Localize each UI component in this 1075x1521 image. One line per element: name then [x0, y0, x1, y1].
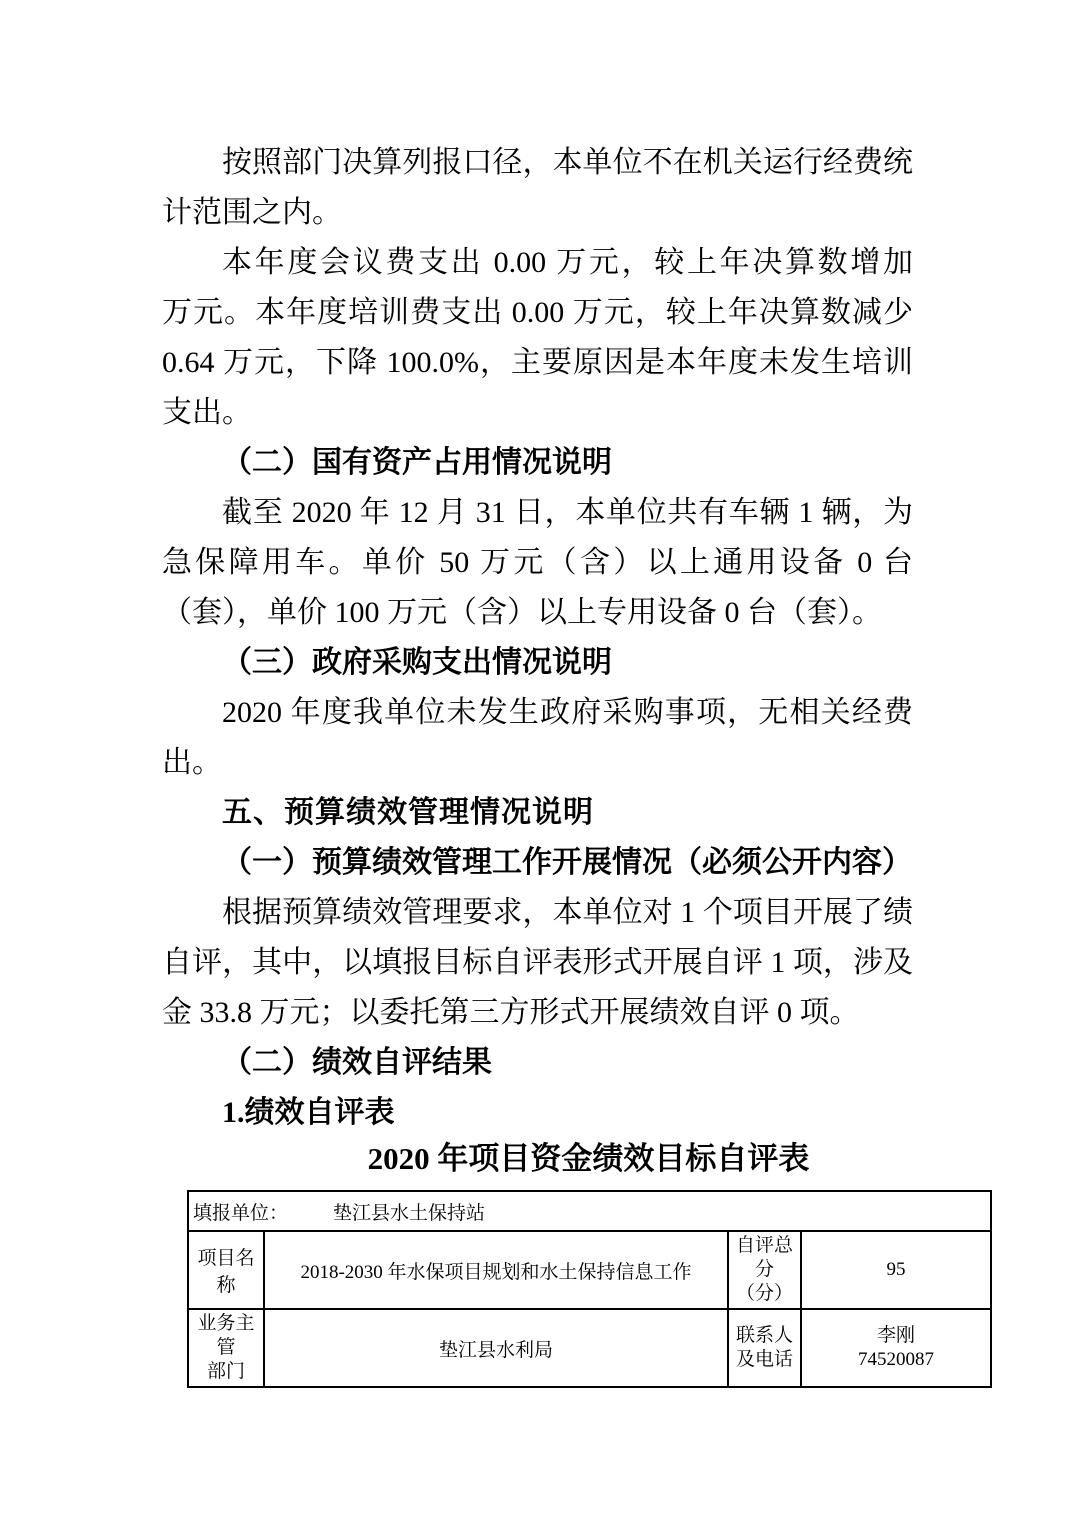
heading-line-hei: 五、预算绩效管理情况说明	[162, 788, 913, 838]
filing-unit-label: 填报单位：	[193, 1203, 288, 1224]
heading-line-kai: （三）政府采购支出情况说明	[162, 638, 913, 688]
heading-line-kai: 1.绩效自评表	[162, 1088, 913, 1138]
table-row-department: 业务主管 部门 垫江县水利局 联系人 及电话 李刚 74520087	[188, 1309, 991, 1387]
project-name-label-cell: 项目名称	[188, 1231, 264, 1309]
text-line: 2020 年度我单位未发生政府采购事项，无相关经费支	[162, 688, 913, 738]
contact-name: 李刚	[806, 1324, 986, 1348]
text-line: 截至 2020 年 12 月 31 日，本单位共有车辆 1 辆，为应	[162, 488, 913, 538]
self-eval-table: 填报单位：垫江县水土保持站 项目名称 2018-2030 年水保项目规划和水土保…	[187, 1190, 992, 1388]
document-body-text: 按照部门决算列报口径，本单位不在机关运行经费统计范围之内。本年度会议费支出 0.…	[162, 138, 913, 1138]
dept-value-cell: 垫江县水利局	[264, 1309, 728, 1387]
self-eval-table-title: 2020 年项目资金绩效目标自评表	[187, 1133, 990, 1185]
table-row-filing-unit: 填报单位：垫江县水土保持站	[188, 1191, 991, 1231]
contact-value-cell: 李刚 74520087	[801, 1309, 991, 1387]
filing-unit-cell: 填报单位：垫江县水土保持站	[188, 1191, 991, 1231]
table-row-project: 项目名称 2018-2030 年水保项目规划和水土保持信息工作 自评总 分（分）…	[188, 1231, 991, 1309]
heading-line-kai: （二）绩效自评结果	[162, 1038, 913, 1088]
heading-line-kai: （一）预算绩效管理工作开展情况（必须公开内容）	[162, 838, 913, 888]
contact-phone: 74520087	[806, 1348, 986, 1372]
text-line: 支出。	[162, 388, 913, 438]
text-line: 按照部门决算列报口径，本单位不在机关运行经费统	[162, 138, 913, 188]
text-line: 0.64 万元，下降 100.0%，主要原因是本年度未发生培训费	[162, 338, 913, 388]
project-name-value-cell: 2018-2030 年水保项目规划和水土保持信息工作	[264, 1231, 728, 1309]
heading-line-kai: （二）国有资产占用情况说明	[162, 438, 913, 488]
text-line: 金 33.8 万元；以委托第三方形式开展绩效自评 0 项。	[162, 988, 913, 1038]
text-line: 根据预算绩效管理要求，本单位对 1 个项目开展了绩效	[162, 888, 913, 938]
text-line: 自评，其中，以填报目标自评表形式开展自评 1 项，涉及资	[162, 938, 913, 988]
text-line: （套），单价 100 万元（含）以上专用设备 0 台（套）。	[162, 588, 913, 638]
filing-unit-value: 垫江县水土保持站	[333, 1203, 485, 1224]
text-line: 万元。本年度培训费支出 0.00 万元，较上年决算数减少	[162, 288, 913, 338]
text-line: 急保障用车。单价 50 万元（含）以上通用设备 0 台	[162, 538, 913, 588]
document-page: 按照部门决算列报口径，本单位不在机关运行经费统计范围之内。本年度会议费支出 0.…	[0, 0, 1075, 1521]
contact-label-cell: 联系人 及电话	[728, 1309, 801, 1387]
self-score-value-cell: 95	[801, 1231, 991, 1309]
text-line: 出。	[162, 738, 913, 788]
dept-label-cell: 业务主管 部门	[188, 1309, 264, 1387]
text-line: 计范围之内。	[162, 188, 913, 238]
self-score-label-cell: 自评总 分（分）	[728, 1231, 801, 1309]
text-line: 本年度会议费支出 0.00 万元，较上年决算数增加 0.00	[162, 238, 913, 288]
